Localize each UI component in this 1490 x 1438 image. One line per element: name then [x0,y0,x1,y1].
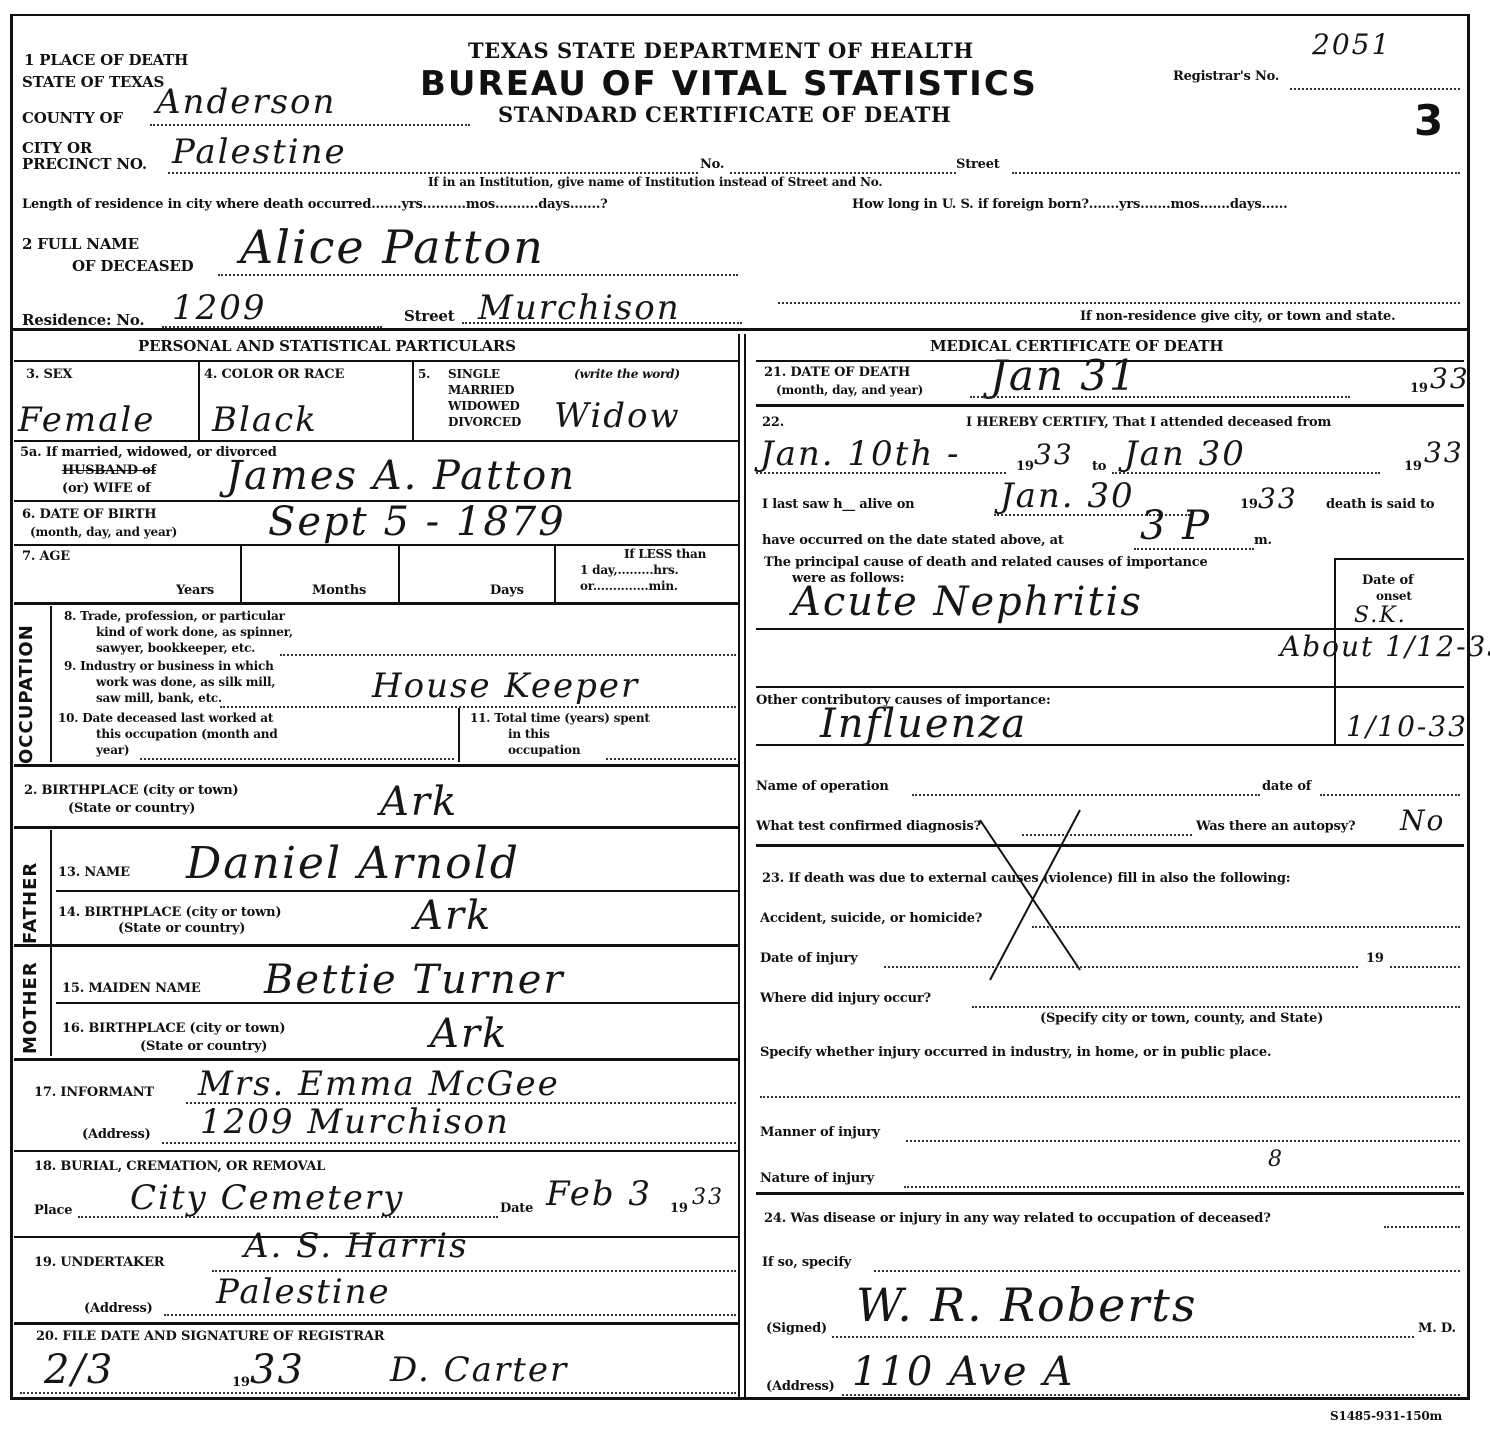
file-date-value: 2/3 [44,1352,114,1388]
nature-mark: 8 [1268,1148,1284,1172]
form-code: S1485-931-150m [1330,1410,1442,1423]
county-label: COUNTY OF [22,110,123,126]
undertaker-address-label: (Address) [84,1302,153,1316]
dob-value: Sept 5 - 1879 [268,504,566,540]
burial-label: 18. BURIAL, CREMATION, OR REMOVAL [34,1160,325,1174]
onset-label-1: Date of [1362,574,1413,588]
full-name-label-1: 2 FULL NAME [22,236,139,252]
dob-label-1: 6. DATE OF BIRTH [22,508,156,522]
registrar-signature: D. Carter [390,1352,568,1388]
dod-value: Jan 31 [990,358,1138,394]
city-value: Palestine [172,134,347,170]
street-label: Street [956,158,1000,172]
registrar-no-label: Registrar's No. [1173,70,1279,84]
full-name-label-2: OF DECEASED [72,258,193,274]
mother-name-value: Bettie Turner [264,962,565,998]
informant-label: 17. INFORMANT [34,1086,154,1100]
age-less-line1: If LESS than [624,548,706,561]
county-value: Anderson [156,84,336,120]
non-residence-note: If non-residence give city, or town and … [1080,310,1395,324]
onset-top-mark: S.K. [1354,604,1407,628]
manner-of-injury-label: Manner of injury [760,1126,880,1140]
attended-to-year-prefix: 19 [1404,460,1422,474]
mother-birthplace-label-1: 16. BIRTHPLACE (city or town) [62,1022,285,1036]
strikeout-x-mark [960,800,1100,990]
injury-specify-label: Specify whether injury occurred in indus… [760,1046,1271,1060]
mother-birthplace-label-2: (State or country) [140,1040,267,1054]
marital-option-divorced: DIVORCED [448,416,521,429]
father-birthplace-label-1: 14. BIRTHPLACE (city or town) [58,906,281,920]
attended-to-year: 33 [1424,438,1464,468]
registrar-no-value: 2051 [1312,30,1391,60]
place-of-death-label: 1 PLACE OF DEATH [24,52,188,68]
age-years-label: Years [176,584,214,598]
institution-note: If in an Institution, give name of Insti… [428,176,882,189]
spouse-label-3: (or) WIFE of [62,482,151,496]
occ8-line2: kind of work done, as spinner, [96,626,293,639]
attended-from-year-prefix: 19 [1016,460,1034,474]
burial-year-value: 33 [692,1186,724,1210]
signed-label: (Signed) [766,1322,827,1336]
operation-label: Name of operation [756,780,889,794]
occurred-at-label: have occurred on the date stated above, … [762,534,1064,548]
occ8-line1: 8. Trade, profession, or particular [64,610,285,623]
undertaker-label: 19. UNDERTAKER [34,1256,164,1270]
city-label-2: PRECINCT NO. [22,156,147,172]
marital-option-widowed: WIDOWED [448,400,520,413]
agency-title: TEXAS STATE DEPARTMENT OF HEALTH [468,38,974,63]
occupation-related-label: 24. Was disease or injury in any way rel… [764,1212,1271,1226]
undertaker-value: A. S. Harris [244,1228,469,1264]
dod-year-value: 33 [1430,364,1470,394]
burial-date-value: Feb 3 [546,1176,652,1212]
last-saw-label: I last saw h__ alive on [762,498,914,512]
certify-text: I HEREBY CERTIFY, That I attended deceas… [966,416,1331,430]
physician-address-label: (Address) [766,1380,835,1394]
file-year-value: 33 [250,1352,305,1388]
attended-to-value: Jan 30 [1124,436,1246,472]
marital-hint: (write the word) [574,368,680,381]
race-label: 4. COLOR OR RACE [204,368,344,382]
page-marker: 3 [1414,96,1443,145]
occurred-suffix: m. [1254,534,1272,548]
sex-value: Female [18,402,155,438]
age-less-line2: 1 day,.........hrs. [580,564,678,577]
autopsy-value: No [1400,806,1445,836]
other-causes-onset: 1/10-33 [1346,712,1468,742]
if-so-specify-label: If so, specify [762,1256,851,1270]
race-value: Black [212,402,318,438]
occ11-line3: occupation [508,744,580,757]
undertaker-address-value: Palestine [216,1274,391,1310]
cause-value: Acute Nephritis [792,584,1143,620]
dod-label-1: 21. DATE OF DEATH [764,366,910,380]
operation-date-label: date of [1262,780,1311,794]
attended-to-label: to [1092,460,1106,474]
marital-option-single: SINGLE [448,368,500,381]
father-birthplace-label-2: (State or country) [118,922,245,936]
occurred-time-value: 3 P [1140,508,1211,544]
occ11-line2: in this [508,728,550,741]
mother-birthplace-value: Ark [430,1016,508,1052]
autopsy-label: Was there an autopsy? [1196,820,1355,834]
marital-value: Widow [554,398,681,434]
mother-name-label: 15. MAIDEN NAME [62,982,201,996]
mother-side-label: MOTHER [20,961,41,1054]
accident-label: Accident, suicide, or homicide? [760,912,982,926]
residence-no-value: 1209 [172,290,267,326]
occ8-line3: sawyer, bookkeeper, etc. [96,642,255,655]
father-name-value: Daniel Arnold [186,840,520,888]
foreign-born-label: How long in U. S. if foreign born?......… [852,198,1287,212]
form-title: STANDARD CERTIFICATE OF DEATH [498,102,951,127]
birthplace-label-1: 2. BIRTHPLACE (city or town) [24,784,239,798]
cause-onset-value: About 1/12-33 [1280,632,1490,662]
burial-place-label: Place [34,1204,72,1218]
injury-date-label: Date of injury [760,952,857,966]
occupation-side-label: OCCUPATION [16,624,37,764]
residence-length-label: Length of residence in city where death … [22,198,608,212]
spouse-label-2: HUSBAND of [62,464,156,478]
burial-place-value: City Cemetery [130,1180,404,1216]
file-year-prefix: 19 [232,1376,250,1390]
cause-label-1: The principal cause of death and related… [764,556,1208,570]
nature-of-injury-label: Nature of injury [760,1172,874,1186]
external-causes-label: 23. If death was due to external causes … [762,872,1290,886]
last-saw-value: Jan. 30 [1000,478,1135,514]
age-months-label: Months [312,584,366,598]
test-confirmed-label: What test confirmed diagnosis? [756,820,981,834]
age-label: 7. AGE [22,550,70,564]
city-label-1: CITY OR [22,140,92,156]
deceased-name: Alice Patton [240,222,545,272]
occ10-line3: year) [96,744,129,757]
burial-year-prefix: 19 [670,1202,688,1216]
dod-year-prefix: 19 [1410,382,1428,396]
father-birthplace-value: Ark [414,898,492,934]
age-days-label: Days [490,584,524,598]
physician-signature: W. R. Roberts [856,1280,1197,1330]
other-causes-value: Influenza [820,706,1027,742]
certify-num: 22. [762,416,784,430]
onset-label-2: onset [1376,590,1412,603]
last-saw-year-prefix: 19 [1240,498,1258,512]
residence-no-label: Residence: No. [22,312,144,328]
injury-year-prefix: 19 [1366,952,1384,966]
file-date-label: 20. FILE DATE AND SIGNATURE OF REGISTRAR [36,1330,384,1344]
birthplace-label-2: (State or country) [68,802,195,816]
birthplace-value: Ark [380,784,458,820]
bureau-title: BUREAU OF VITAL STATISTICS [420,64,1038,104]
death-said-label: death is said to [1326,498,1434,512]
informant-address-value: 1209 Murchison [200,1104,510,1140]
residence-street-label: Street [404,308,454,324]
spouse-value: James A. Patton [226,458,576,494]
last-saw-year: 33 [1258,484,1298,514]
informant-address-label: (Address) [82,1128,151,1142]
burial-date-label: Date [500,1202,533,1216]
street-no-label: No. [700,158,724,172]
occ10-line1: 10. Date deceased last worked at [58,712,273,725]
marital-num: 5. [418,368,430,381]
attended-from-year: 33 [1034,440,1074,470]
injury-where-label: Where did injury occur? [760,992,931,1006]
occ11-line1: 11. Total time (years) spent [470,712,650,725]
injury-where-hint: (Specify city or town, county, and State… [1040,1012,1323,1026]
dob-label-2: (month, day, and year) [30,526,177,539]
occ9-line3: saw mill, bank, etc. [96,692,222,705]
occ10-line2: this occupation (month and [96,728,278,741]
marital-option-married: MARRIED [448,384,514,397]
residence-street-value: Murchison [478,290,681,326]
occ9-line1: 9. Industry or business in which [64,660,274,673]
informant-value: Mrs. Emma McGee [198,1066,560,1102]
sex-label: 3. SEX [26,368,72,382]
dod-label-2: (month, day, and year) [776,384,923,397]
occupation-value: House Keeper [372,668,639,704]
father-name-label: 13. NAME [58,866,130,880]
md-label: M. D. [1418,1322,1456,1336]
state-label: STATE OF TEXAS [22,74,164,90]
father-side-label: FATHER [20,862,41,944]
occ9-line2: work was done, as silk mill, [96,676,275,689]
physician-address-value: 110 Ave A [852,1354,1074,1390]
age-less-line3: or..............min. [580,580,678,593]
personal-section-title: PERSONAL AND STATISTICAL PARTICULARS [138,338,516,354]
attended-from-value: Jan. 10th - [760,436,961,472]
